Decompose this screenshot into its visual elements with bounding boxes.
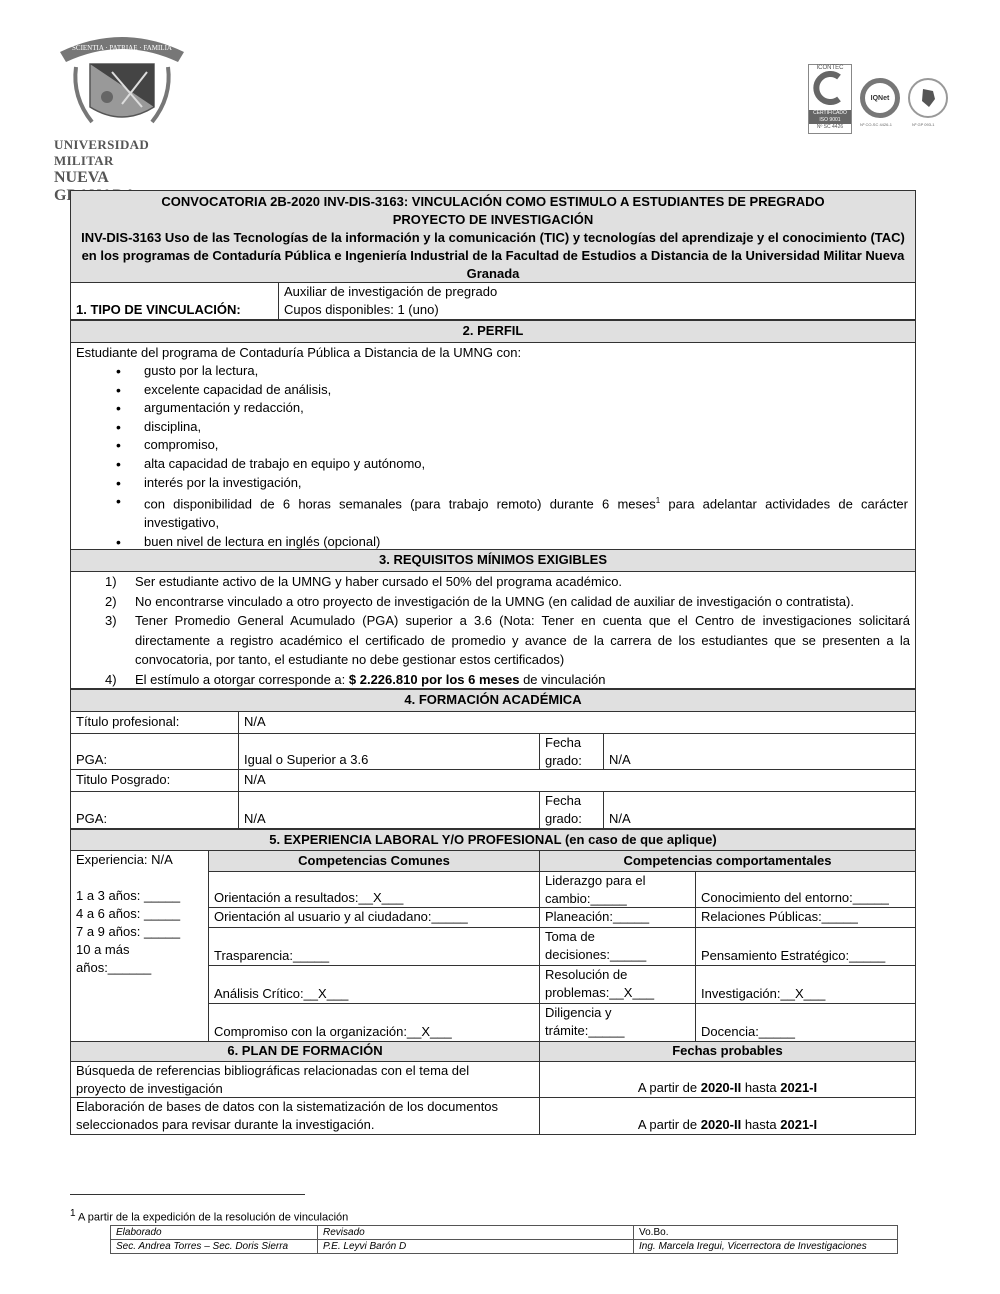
list-item: excelente capacidad de análisis, [76, 381, 910, 400]
requisitos-list: 1)Ser estudiante activo de la UMNG y hab… [71, 572, 915, 689]
plan-activity: Elaboración de bases de datos con la sis… [70, 1097, 540, 1135]
university-name-line1: UNIVERSIDAD MILITAR [54, 137, 192, 169]
plan-formacion-header: 6. PLAN DE FORMACIÓN [70, 1041, 540, 1062]
list-item: interés por la investigación, [76, 474, 910, 493]
sig-header-revisado: Revisado [317, 1225, 634, 1240]
titulo-posgrado-label: Titulo Posgrado: [70, 769, 239, 792]
fecha-grado-value: N/A [603, 733, 916, 770]
titulo-posgrado-value: N/A [238, 769, 916, 792]
fecha-grado-label: Fechagrado: [539, 733, 604, 770]
perfil-intro: Estudiante del programa de Contaduría Pú… [76, 344, 910, 362]
competencia-comportamental: Resolución deproblemas:__X___ [539, 965, 696, 1004]
footnote-separator [70, 1194, 305, 1195]
titulo-profesional-label: Título profesional: [70, 711, 239, 734]
sig-header-vobo: Vo.Bo. [633, 1225, 898, 1240]
list-item: 2)No encontrarse vinculado a otro proyec… [71, 592, 915, 612]
competencia-comportamental: Diligencia ytrámite:_____ [539, 1003, 696, 1042]
document-title: CONVOCATORIA 2B-2020 INV-DIS-3163: VINCU… [70, 190, 916, 283]
competencia-comportamental: Relaciones Públicas:_____ [695, 907, 916, 928]
years-10-plus-a: 10 a más [76, 941, 203, 959]
colombia-map-icon [919, 87, 937, 109]
list-item: 4)El estímulo a otorgar corresponde a: $… [71, 670, 915, 690]
list-item: con disponibilidad de 6 horas semanales … [76, 492, 910, 533]
years-4-6: 4 a 6 años: _____ [76, 905, 203, 923]
pga-posgrado-value: N/A [238, 791, 540, 829]
competencia-comportamental: Planeación:_____ [539, 907, 696, 928]
sig-elaborado: Sec. Andrea Torres – Sec. Doris Sierra [110, 1239, 318, 1254]
section-requisitos-header: 3. REQUISITOS MÍNIMOS EXIGIBLES [70, 549, 916, 572]
experiencia-cell: Experiencia: N/A 1 a 3 años: _____ 4 a 6… [70, 850, 209, 1042]
list-item: 1)Ser estudiante activo de la UMNG y hab… [71, 572, 915, 592]
icontec-c-icon [809, 71, 851, 105]
pga-value: Igual o Superior a 3.6 [238, 733, 540, 770]
competencias-comunes-header: Competencias Comunes [208, 850, 540, 872]
experiencia-value: Experiencia: N/A [76, 851, 203, 869]
iqnet-logo: IQNet [860, 78, 900, 118]
competencia-comun: Análisis Crítico:__X___ [208, 965, 540, 1004]
gp-logo [908, 78, 948, 118]
list-item: argumentación y redacción, [76, 399, 910, 418]
pga-label: PGA: [70, 733, 239, 770]
title-line2: PROYECTO DE INVESTIGACIÓN [76, 211, 910, 229]
stipend-amount: $ 2.226.810 por los 6 meses [349, 672, 520, 687]
section-perfil-header: 2. PERFIL [70, 320, 916, 343]
sig-revisado: P.E. Leyvi Barón D [317, 1239, 634, 1254]
competencia-comportamental: Liderazgo para elcambio:_____ [539, 871, 696, 908]
fecha-grado-posgrado-label: Fechagrado: [539, 791, 604, 829]
titulo-profesional-value: N/A [238, 711, 916, 734]
list-item: gusto por la lectura, [76, 362, 910, 381]
pga-posgrado-label: PGA: [70, 791, 239, 829]
competencia-comportamental: Docencia:_____ [695, 1003, 916, 1042]
certification-logos: ICONTEC CERTIFICADO ISO 9001 Nº SC 4426 … [808, 64, 953, 136]
section-formacion-header: 4. FORMACIÓN ACADÉMICA [70, 689, 916, 712]
fechas-probables-header: Fechas probables [539, 1041, 916, 1062]
competencia-comportamental: Conocimiento del entorno:_____ [695, 871, 916, 908]
competencias-comportamentales-header: Competencias comportamentales [539, 850, 916, 872]
list-item: compromiso, [76, 436, 910, 455]
plan-activity: Búsqueda de referencias bibliográficas r… [70, 1061, 540, 1098]
svg-text:SCIENTIA · PATRIAE · FAMILIA: SCIENTIA · PATRIAE · FAMILIA [72, 44, 172, 52]
competencia-comun: Orientación al usuario y al ciudadano:__… [208, 907, 540, 928]
list-item: alta capacidad de trabajo en equipo y au… [76, 455, 910, 474]
title-line3: INV-DIS-3163 Uso de las Tecnologías de l… [76, 229, 910, 283]
years-10-plus-b: años:______ [76, 959, 203, 977]
university-logo: SCIENTIA · PATRIAE · FAMILIA UNIVERSIDAD… [52, 22, 192, 167]
competencia-comportamental: Investigación:__X___ [695, 965, 916, 1004]
sig-header-elaborado: Elaborado [110, 1225, 318, 1240]
competencia-comun: Orientación a resultados:__X___ [208, 871, 540, 908]
plan-dates: A partir de 2020-II hasta 2021-I [539, 1097, 916, 1135]
list-item: disciplina, [76, 418, 910, 437]
tipo-vinculacion-label: 1. TIPO DE VINCULACIÓN: [70, 282, 279, 320]
competencia-comportamental: Toma dedecisiones:_____ [539, 927, 696, 966]
section-experiencia-header: 5. EXPERIENCIA LABORAL Y/O PROFESIONAL (… [70, 829, 916, 851]
coat-of-arms-icon: SCIENTIA · PATRIAE · FAMILIA [52, 22, 192, 132]
requisitos-body: 1)Ser estudiante activo de la UMNG y hab… [70, 571, 916, 689]
footnote: 1 A partir de la expedición de la resolu… [70, 1206, 348, 1226]
list-item: 3)Tener Promedio General Acumulado (PGA)… [71, 611, 915, 670]
years-1-3: 1 a 3 años: _____ [76, 887, 203, 905]
competencia-comportamental: Pensamiento Estratégico:_____ [695, 927, 916, 966]
tipo-vinculacion-value: Auxiliar de investigación de pregrado Cu… [278, 282, 916, 320]
icontec-logo: ICONTEC CERTIFICADO ISO 9001 Nº SC 4426 [808, 64, 852, 134]
perfil-body: Estudiante del programa de Contaduría Pú… [70, 342, 916, 550]
fecha-grado-posgrado-value: N/A [603, 791, 916, 829]
perfil-list: gusto por la lectura, excelente capacida… [76, 362, 910, 551]
competencia-comun: Compromiso con la organización:__X___ [208, 1003, 540, 1042]
title-line1: CONVOCATORIA 2B-2020 INV-DIS-3163: VINCU… [76, 193, 910, 211]
plan-dates: A partir de 2020-II hasta 2021-I [539, 1061, 916, 1098]
sig-vobo: Ing. Marcela Iregui, Vicerrectora de Inv… [633, 1239, 898, 1254]
competencia-comun: Trasparencia:_____ [208, 927, 540, 966]
years-7-9: 7 a 9 años: _____ [76, 923, 203, 941]
